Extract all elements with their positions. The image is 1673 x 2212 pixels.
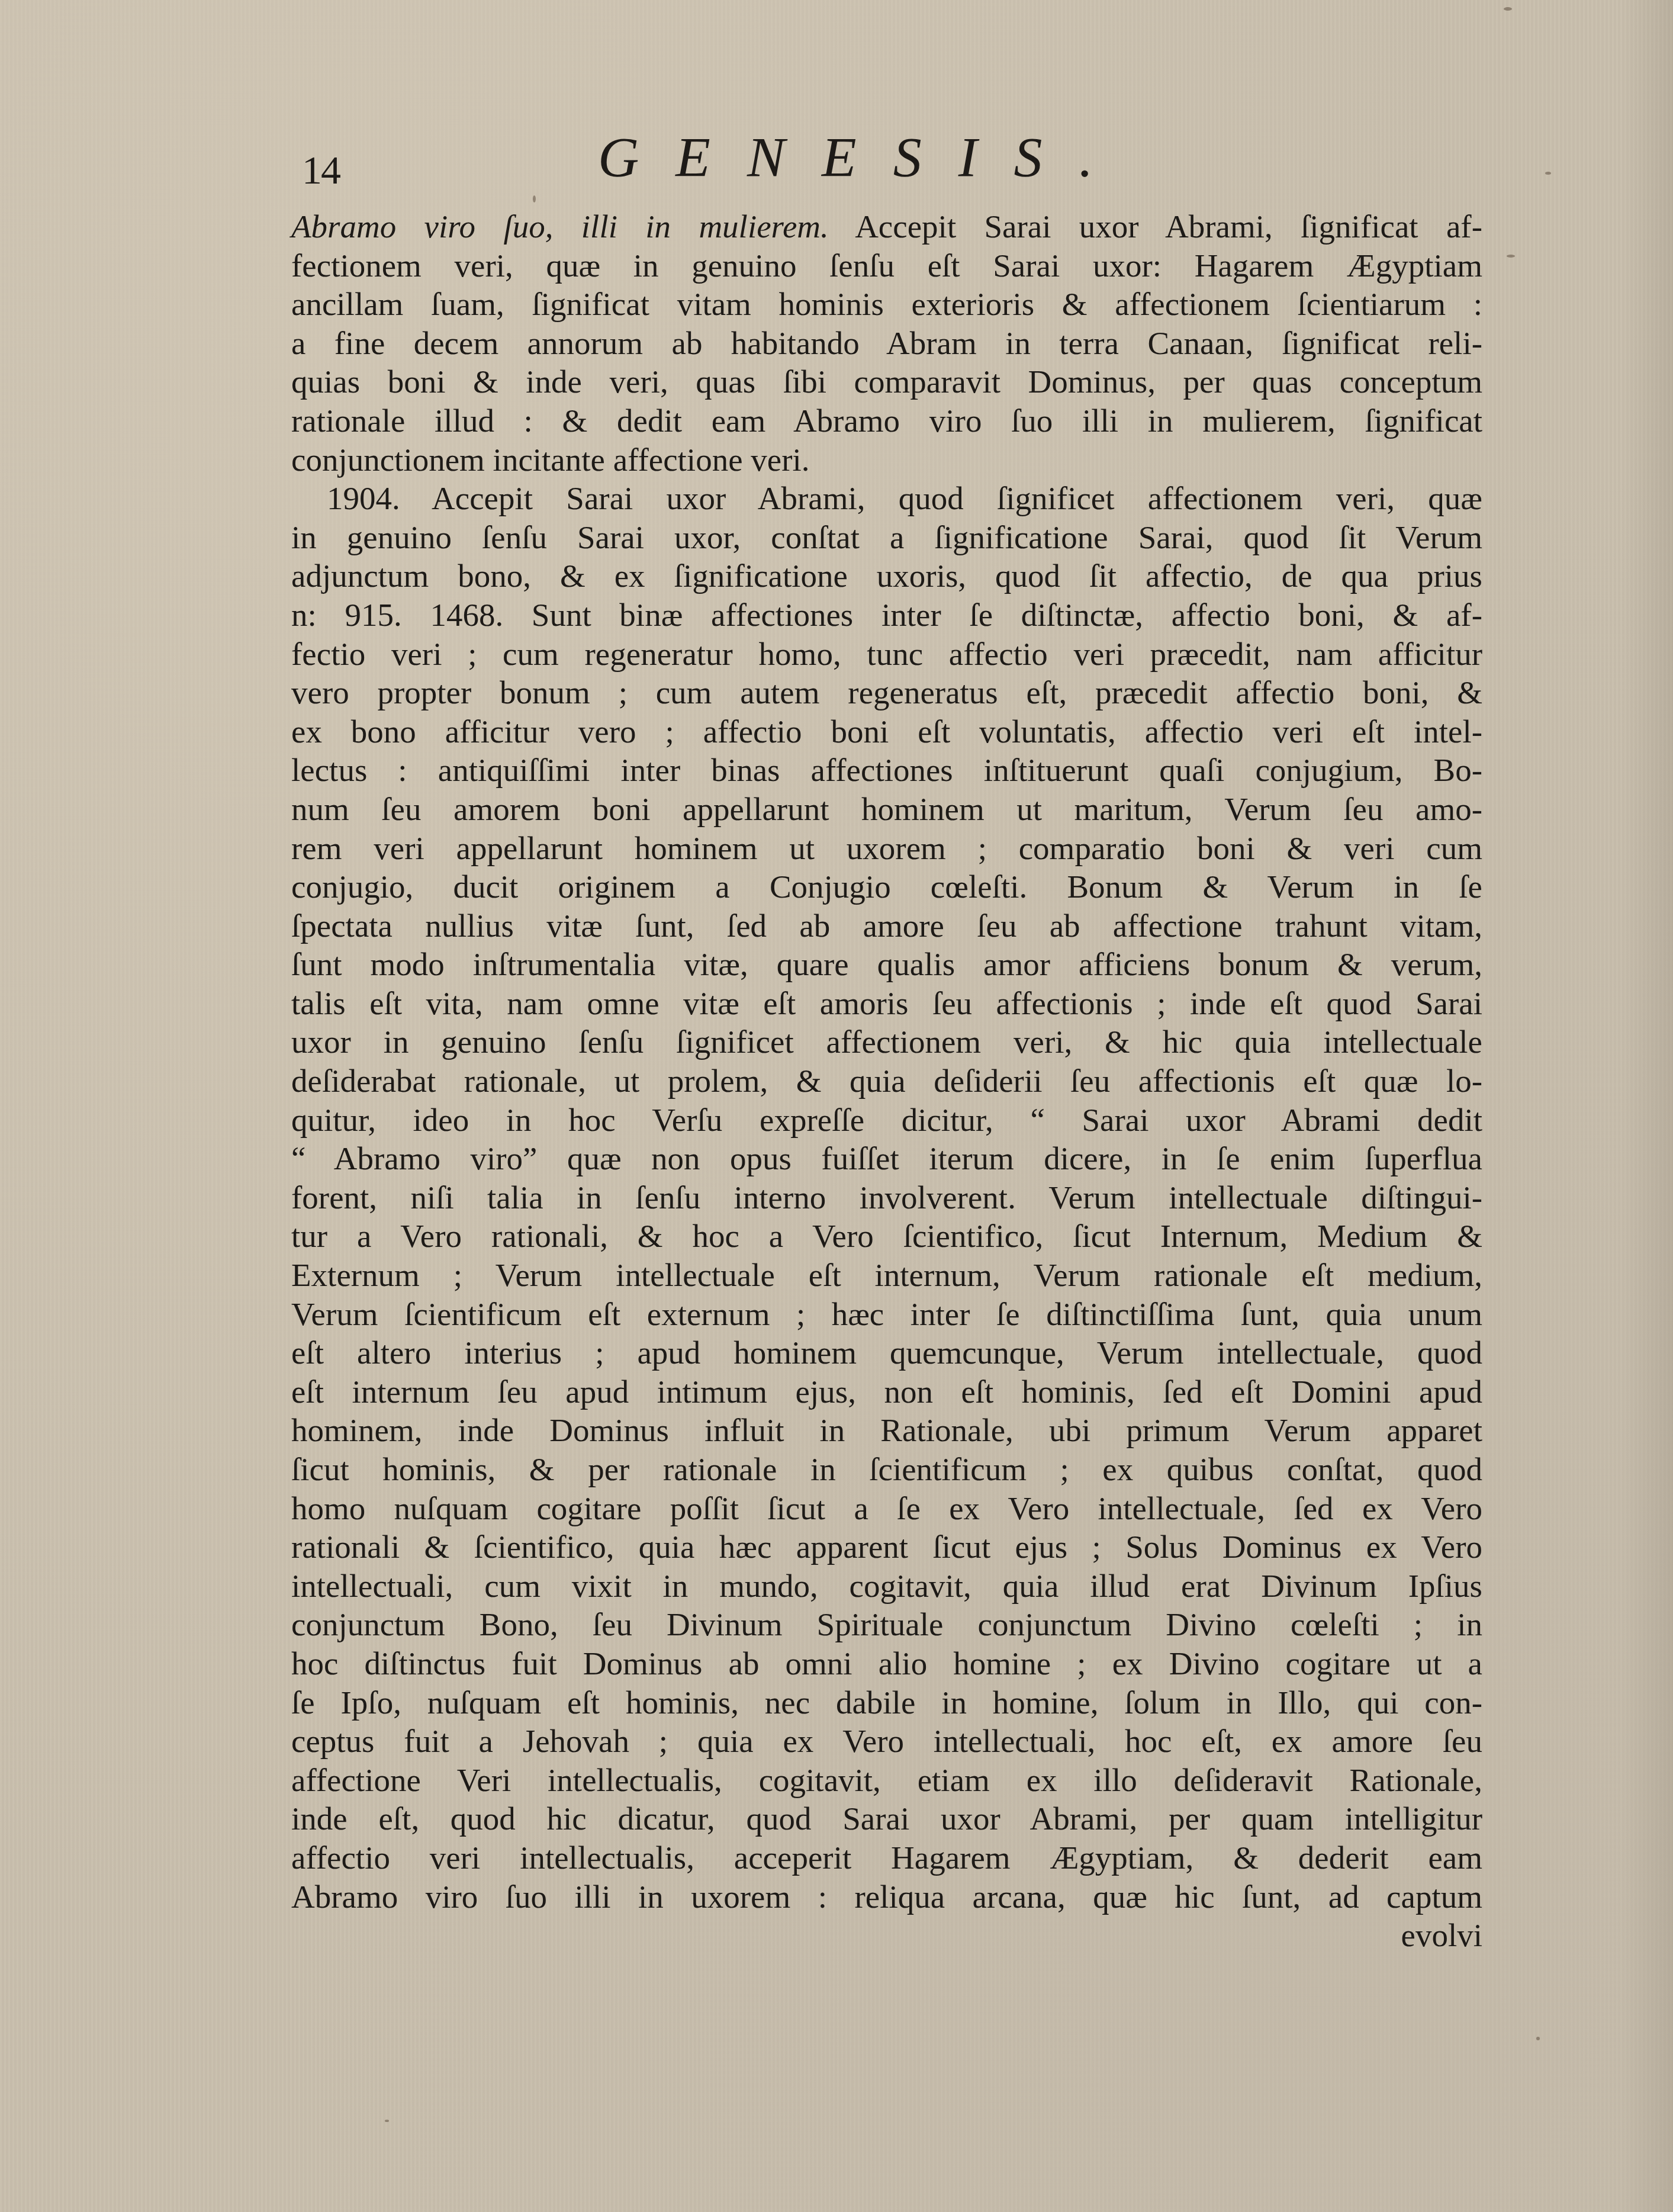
line-text: uxor in genuino ſenſu ſignificet affecti…	[291, 1024, 1482, 1060]
page-number: 14	[302, 147, 340, 194]
text-line: Abramo viro ſuo, illi in mulierem. Accep…	[291, 207, 1482, 246]
line-text: eſt altero interius ; apud hominem quemc…	[291, 1335, 1482, 1371]
paper-speck	[533, 195, 536, 202]
text-line: tur a Vero rationali, & hoc a Vero ſcien…	[291, 1217, 1482, 1256]
text-line: ceptus fuit a Jehovah ; quia ex Vero int…	[291, 1722, 1482, 1761]
body-text: Abramo viro ſuo, illi in mulierem. Accep…	[291, 207, 1482, 1955]
line-text: vero propter bonum ; cum autem regenerat…	[291, 674, 1482, 710]
text-line: Abramo viro ſuo illi in uxorem : reliqua…	[291, 1877, 1482, 1917]
text-line: 1904. Accepit Sarai uxor Abrami, quod ſi…	[291, 479, 1482, 518]
line-text: ſpectata nullius vitæ ſunt, ſed ab amore…	[291, 908, 1482, 944]
line-text: eſt internum ſeu apud intimum ejus, non …	[291, 1374, 1482, 1410]
text-line: inde eſt, quod hic dicatur, quod Sarai u…	[291, 1799, 1482, 1838]
line-text: ſe Ipſo, nuſquam eſt hominis, nec dabile…	[291, 1684, 1482, 1721]
text-line: rationale illud : & dedit eam Abramo vir…	[291, 401, 1482, 441]
line-text: 1904. Accepit Sarai uxor Abrami, quod ſi…	[327, 480, 1482, 516]
catchword: evolvi	[291, 1916, 1482, 1955]
line-text: rationali & ſcientifico, quia hæc appare…	[291, 1529, 1482, 1565]
line-text: in genuino ſenſu Sarai uxor, conſtat a ſ…	[291, 519, 1482, 555]
line-text: Accepit Sarai uxor Abrami, ſignificat af…	[829, 208, 1482, 245]
text-line: affectione Veri intellectualis, cogitavi…	[291, 1761, 1482, 1800]
book-page: 14 GENESIS. Abramo viro ſuo, illi in mul…	[0, 0, 1673, 2212]
line-text: homo nuſquam cogitare poſſit ſicut a ſe …	[291, 1490, 1482, 1526]
text-line: forent, niſi talia in ſenſu interno invo…	[291, 1178, 1482, 1217]
paper-speck	[1507, 255, 1515, 258]
text-line: eſt internum ſeu apud intimum ejus, non …	[291, 1372, 1482, 1412]
text-line: talis eſt vita, nam omne vitæ eſt amoris…	[291, 984, 1482, 1023]
line-text: conjunctionem incitante affectione veri.	[291, 442, 810, 478]
text-line: in genuino ſenſu Sarai uxor, conſtat a ſ…	[291, 518, 1482, 557]
line-text: forent, niſi talia in ſenſu interno invo…	[291, 1179, 1482, 1216]
italic-scripture-quote: Abramo viro ſuo, illi in mulierem.	[291, 208, 829, 245]
line-text: ſicut hominis, & per rationale in ſcient…	[291, 1451, 1482, 1487]
text-line: a fine decem annorum ab habitando Abram …	[291, 324, 1482, 363]
line-text: quitur, ideo in hoc Verſu expreſſe dicit…	[291, 1102, 1482, 1138]
text-line: fectionem veri, quæ in genuino ſenſu eſt…	[291, 246, 1482, 285]
line-text: fectionem veri, quæ in genuino ſenſu eſt…	[291, 247, 1482, 284]
text-line: Verum ſcientificum eſt externum ; hæc in…	[291, 1295, 1482, 1334]
line-text: Externum ; Verum intellectuale eſt inter…	[291, 1257, 1482, 1293]
text-line: Externum ; Verum intellectuale eſt inter…	[291, 1256, 1482, 1295]
paper-speck	[385, 2120, 389, 2122]
text-line: fectio veri ; cum regeneratur homo, tunc…	[291, 635, 1482, 674]
line-text: ſunt modo inſtrumentalia vitæ, quare qua…	[291, 946, 1482, 982]
text-line: ancillam ſuam, ſignificat vitam hominis …	[291, 285, 1482, 324]
line-text: adjunctum bono, & ex ſignificatione uxor…	[291, 558, 1482, 594]
line-text: Verum ſcientificum eſt externum ; hæc in…	[291, 1296, 1482, 1332]
text-line: intellectuali, cum vixit in mundo, cogit…	[291, 1567, 1482, 1606]
line-text: ceptus fuit a Jehovah ; quia ex Vero int…	[291, 1723, 1482, 1759]
page-edge-shading	[1620, 0, 1673, 2212]
text-line: “ Abramo viro” quæ non opus fuiſſet iter…	[291, 1139, 1482, 1178]
text-line: deſiderabat rationale, ut prolem, & quia…	[291, 1062, 1482, 1101]
line-text: n: 915. 1468. Sunt binæ affectiones inte…	[291, 597, 1482, 633]
text-line: quias boni & inde veri, quas ſibi compar…	[291, 362, 1482, 401]
running-head: 14 GENESIS.	[290, 124, 1486, 189]
running-title: GENESIS.	[598, 124, 1130, 190]
line-text: Abramo viro ſuo illi in uxorem : reliqua…	[291, 1879, 1482, 1915]
text-line: ſunt modo inſtrumentalia vitæ, quare qua…	[291, 945, 1482, 984]
line-text: a fine decem annorum ab habitando Abram …	[291, 325, 1482, 361]
line-text: talis eſt vita, nam omne vitæ eſt amoris…	[291, 985, 1482, 1021]
text-line: ſe Ipſo, nuſquam eſt hominis, nec dabile…	[291, 1683, 1482, 1722]
line-text: “ Abramo viro” quæ non opus fuiſſet iter…	[291, 1140, 1482, 1176]
text-line: rem veri appellarunt hominem ut uxorem ;…	[291, 829, 1482, 868]
text-line: quitur, ideo in hoc Verſu expreſſe dicit…	[291, 1101, 1482, 1140]
text-line: rationali & ſcientifico, quia hæc appare…	[291, 1528, 1482, 1567]
line-text: fectio veri ; cum regeneratur homo, tunc…	[291, 636, 1482, 672]
paper-speck	[1504, 7, 1512, 11]
text-line: num ſeu amorem boni appellarunt hominem …	[291, 790, 1482, 829]
line-text: hoc diſtinctus fuit Dominus ab omni alio…	[291, 1645, 1482, 1681]
line-text: num ſeu amorem boni appellarunt hominem …	[291, 791, 1482, 827]
text-line: vero propter bonum ; cum autem regenerat…	[291, 673, 1482, 712]
line-text: ancillam ſuam, ſignificat vitam hominis …	[291, 286, 1482, 322]
line-text: hominem, inde Dominus influit in Rationa…	[291, 1412, 1482, 1448]
line-text: rem veri appellarunt hominem ut uxorem ;…	[291, 830, 1482, 866]
text-line: conjugio, ducit originem a Conjugio cœle…	[291, 867, 1482, 906]
line-text: rationale illud : & dedit eam Abramo vir…	[291, 403, 1482, 439]
text-line: conjunctionem incitante affectione veri.	[291, 441, 1482, 480]
paper-speck	[1536, 2037, 1540, 2040]
text-line: hominem, inde Dominus influit in Rationa…	[291, 1411, 1482, 1450]
text-line: hoc diſtinctus fuit Dominus ab omni alio…	[291, 1644, 1482, 1683]
line-text: affectio veri intellectualis, acceperit …	[291, 1840, 1482, 1876]
text-line: eſt altero interius ; apud hominem quemc…	[291, 1333, 1482, 1372]
paper-speck	[1545, 172, 1551, 175]
line-text: lectus : antiquiſſimi inter binas affect…	[291, 752, 1482, 788]
text-line: lectus : antiquiſſimi inter binas affect…	[291, 751, 1482, 790]
text-line: conjunctum Bono, ſeu Divinum Spirituale …	[291, 1605, 1482, 1644]
line-text: intellectuali, cum vixit in mundo, cogit…	[291, 1568, 1482, 1604]
line-text: ex bono afficitur vero ; affectio boni e…	[291, 713, 1482, 750]
line-text: deſiderabat rationale, ut prolem, & quia…	[291, 1063, 1482, 1099]
text-line: affectio veri intellectualis, acceperit …	[291, 1838, 1482, 1877]
line-text: tur a Vero rationali, & hoc a Vero ſcien…	[291, 1218, 1482, 1254]
text-line: homo nuſquam cogitare poſſit ſicut a ſe …	[291, 1489, 1482, 1528]
text-line: ſpectata nullius vitæ ſunt, ſed ab amore…	[291, 906, 1482, 946]
line-text: inde eſt, quod hic dicatur, quod Sarai u…	[291, 1801, 1482, 1837]
line-text: conjunctum Bono, ſeu Divinum Spirituale …	[291, 1606, 1482, 1642]
line-text: affectione Veri intellectualis, cogitavi…	[291, 1762, 1482, 1798]
text-line: ſicut hominis, & per rationale in ſcient…	[291, 1450, 1482, 1489]
text-line: n: 915. 1468. Sunt binæ affectiones inte…	[291, 596, 1482, 635]
line-text: quias boni & inde veri, quas ſibi compar…	[291, 364, 1482, 400]
text-line: adjunctum bono, & ex ſignificatione uxor…	[291, 557, 1482, 596]
text-line: uxor in genuino ſenſu ſignificet affecti…	[291, 1023, 1482, 1062]
text-line: ex bono afficitur vero ; affectio boni e…	[291, 712, 1482, 751]
line-text: conjugio, ducit originem a Conjugio cœle…	[291, 869, 1482, 905]
